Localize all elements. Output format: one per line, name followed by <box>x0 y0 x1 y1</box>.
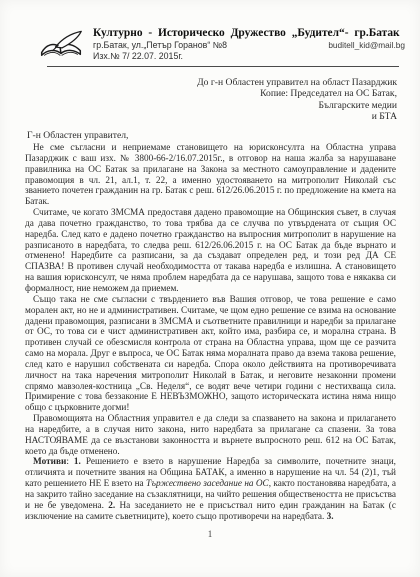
paragraph-run: 3. <box>327 512 334 522</box>
organization-name: Културно - Историческо Дружество „Будите… <box>93 27 405 40</box>
open-book-quill-icon <box>38 29 84 70</box>
letterhead-text: Културно - Историческо Дружество „Будите… <box>93 27 405 62</box>
organization-address-row: гр.Батак, ул.„Петър Горанов“ №8 buditell… <box>93 40 405 51</box>
paragraph-run: Тържествено заседание на ОС <box>146 479 269 489</box>
paragraph-run: Считаме, че когато ЗМСМА предоставя даде… <box>25 208 396 294</box>
letter-paragraph: Не сме съгласни и неприемаме становището… <box>25 143 396 208</box>
letterhead-divider <box>47 66 399 67</box>
organization-email: buditell_kid@mail.bg <box>328 40 405 51</box>
letter-paragraph: Също така не сме съгласни с твърдението … <box>25 295 396 414</box>
page-number: 1 <box>0 529 420 539</box>
paragraph-run: Също така не сме съгласни с твърдението … <box>25 295 396 413</box>
letter-paragraph: Мотиви: 1. Решението е взето в нарушение… <box>25 457 396 522</box>
addressee-line: Българските медии <box>197 100 397 111</box>
addressee-line: и БТА <box>197 111 397 122</box>
letter-page: Културно - Историческо Дружество „Будите… <box>0 0 420 577</box>
paragraph-run: : <box>66 457 74 467</box>
organization-address: гр.Батак, ул.„Петър Горанов“ №8 <box>93 40 227 51</box>
letter-paragraph: Считаме, че когато ЗМСМА предоставя даде… <box>25 208 396 295</box>
paragraph-run: Правомощията на Областния управител е да… <box>25 414 396 457</box>
salutation: Г-н Областен управител, <box>27 130 128 141</box>
paragraph-run: Не сме съгласни и неприемаме становището… <box>25 143 396 207</box>
letter-paragraph: Правомощията на Областния управител е да… <box>25 414 396 457</box>
letterhead: Културно - Историческо Дружество „Будите… <box>38 27 405 70</box>
addressee-block: До г-н Областен управител на област Паза… <box>197 77 397 123</box>
paragraph-run: 1. <box>74 457 81 467</box>
paragraph-run: Мотиви <box>33 457 66 467</box>
addressee-line: Копие: Председател на ОС Батак, <box>197 88 397 99</box>
reference-number: Изх.№ 7/ 22.07. 2015г. <box>93 51 405 62</box>
letter-body: Не сме съгласни и неприемаме становището… <box>25 143 396 523</box>
addressee-line: До г-н Областен управител на област Паза… <box>197 77 397 88</box>
